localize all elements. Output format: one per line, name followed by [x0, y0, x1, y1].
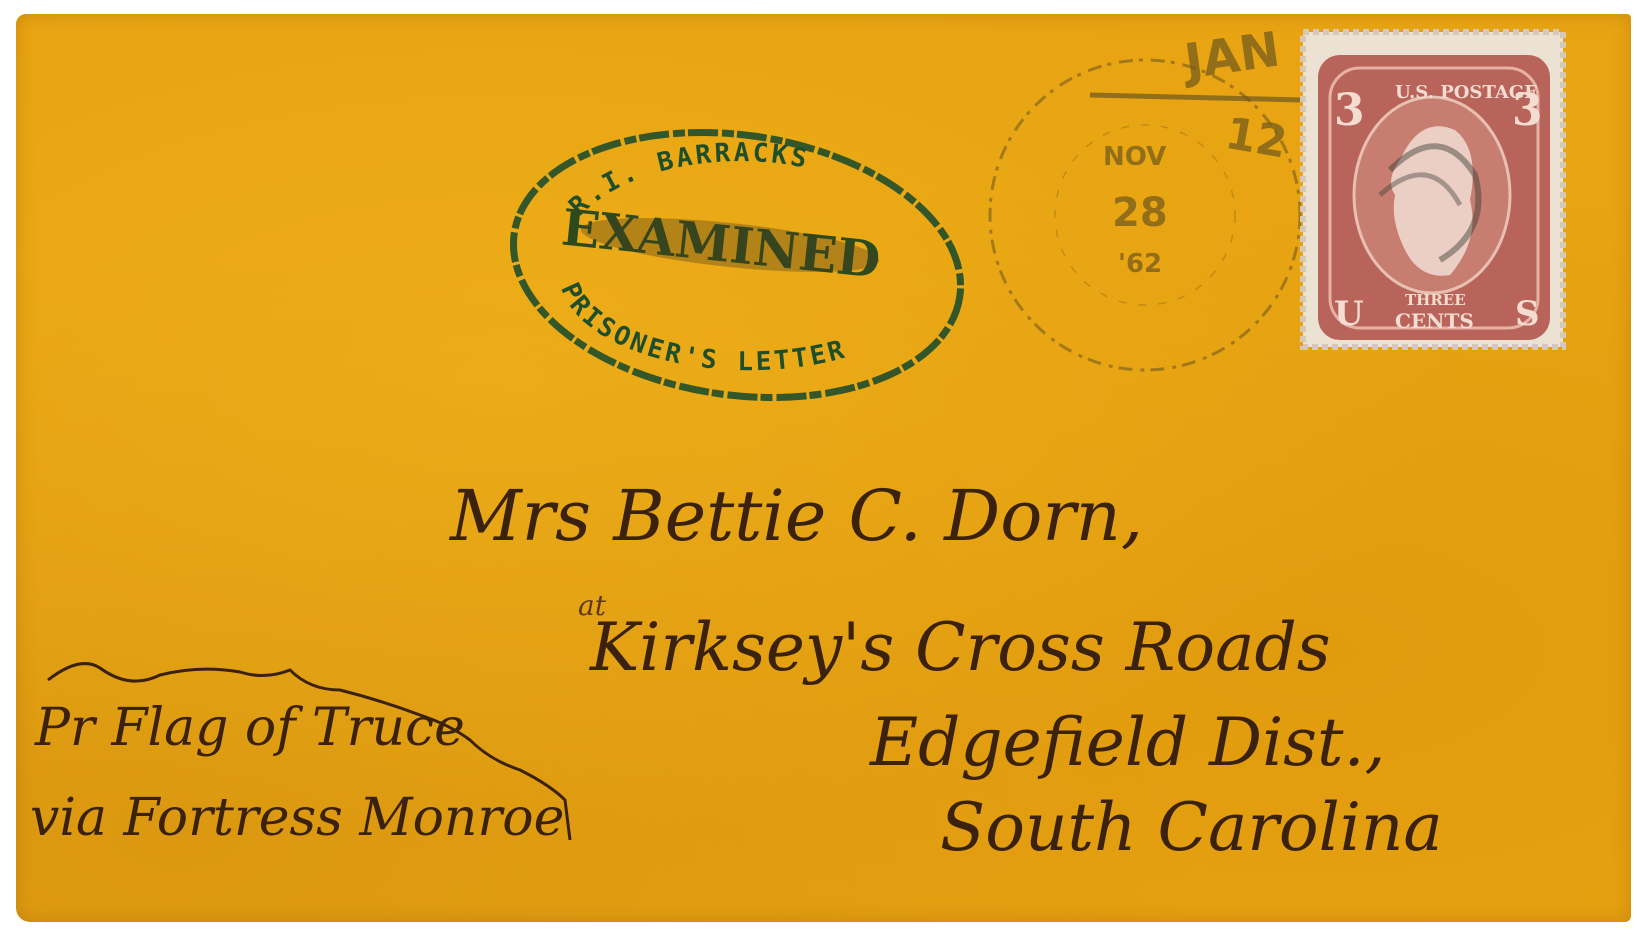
datestamp-top: JAN [1178, 22, 1283, 91]
address-line-2: Kirksey's Cross Roads [589, 609, 1331, 686]
stamp-country: U.S. POSTAGE [1395, 82, 1538, 103]
stamp-corner-s: S [1515, 294, 1540, 334]
datestamp-year: '62 [1118, 249, 1162, 279]
prisoner-letter-handstamp: R.I. BARRACKS EXAMINED PRISONER'S LETTER [496, 105, 978, 425]
three-cent-stamp: 3 3 U.S. POSTAGE U S THREE CENTS [1303, 32, 1563, 347]
recipient-address: Mrs Bettie C. Dorn, at Kirksey's Cross R… [448, 475, 1443, 866]
address-line-3: Edgefield Dist., [869, 704, 1386, 781]
stamp-value-text: THREE [1405, 291, 1466, 309]
stamp-cents: CENTS [1395, 309, 1474, 333]
endorsement-line-2: via Fortress Monroe [30, 788, 564, 848]
flag-of-truce-endorsement: Pr Flag of Truce via Fortress Monroe [30, 664, 570, 848]
endorsement-line-1: Pr Flag of Truce [34, 698, 465, 758]
handstamp-bottom-text: PRISONER'S LETTER [554, 278, 850, 377]
stamp-numeral-left: 3 [1334, 85, 1365, 136]
circular-datestamp: NOV 28 '62 JAN 12 [990, 22, 1300, 370]
address-line-1: Mrs Bettie C. Dorn, [448, 475, 1143, 557]
datestamp-day: 28 [1112, 190, 1168, 236]
stamp-corner-u: U [1334, 294, 1364, 334]
cover-markings: R.I. BARRACKS EXAMINED PRISONER'S LETTER… [0, 0, 1637, 943]
datestamp-month: NOV [1103, 142, 1166, 172]
datestamp-daymark: 12 [1222, 108, 1291, 169]
address-line-4: South Carolina [940, 789, 1443, 866]
